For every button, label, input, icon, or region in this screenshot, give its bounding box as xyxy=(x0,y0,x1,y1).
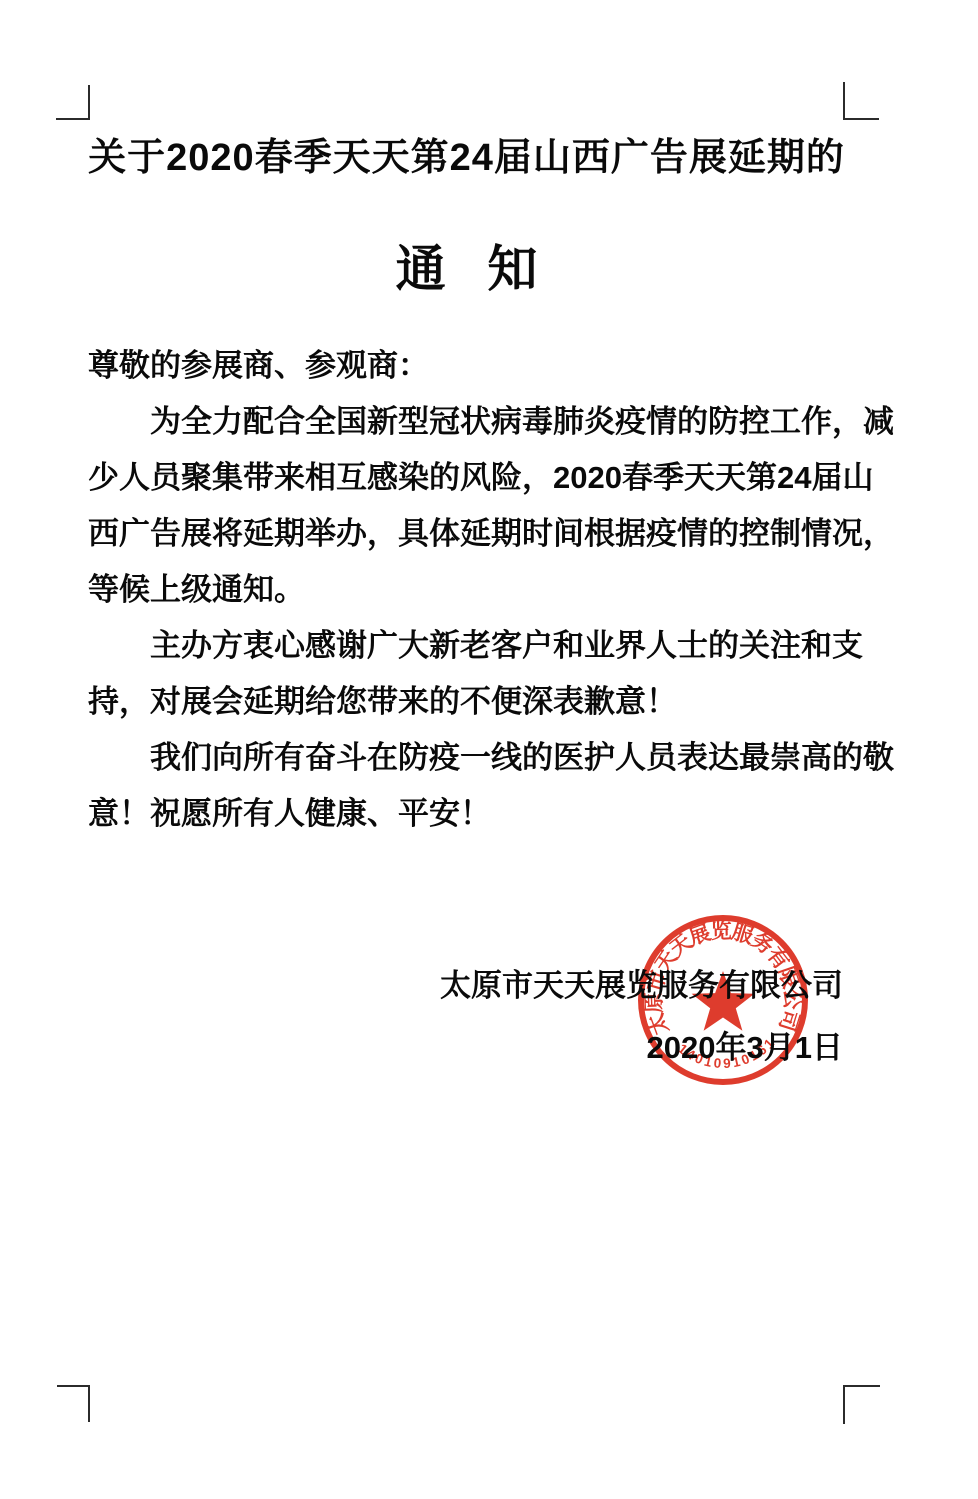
body-line: 西广告展将延期举办，具体延期时间根据疫情的控制情况， xyxy=(88,506,868,562)
notice-body: 尊敬的参展商、参观商： 为全力配合全国新型冠状病毒肺炎疫情的防控工作，减 少人员… xyxy=(88,338,868,842)
body-line: 主办方衷心感谢广大新老客户和业界人士的关注和支 xyxy=(88,618,868,674)
signature-company: 太原市天天展览服务有限公司 xyxy=(440,960,843,1005)
body-line: 意！祝愿所有人健康、平安！ xyxy=(88,786,868,842)
body-line: 为全力配合全国新型冠状病毒肺炎疫情的防控工作，减 xyxy=(88,394,868,450)
notice-heading: 通 知 xyxy=(88,229,845,301)
body-line: 我们向所有奋斗在防疫一线的医护人员表达最崇高的敬 xyxy=(88,730,868,786)
crop-mark-bottom-left xyxy=(57,1385,90,1422)
crop-mark-top-right xyxy=(843,82,879,120)
signature-date: 2020年3月1日 xyxy=(647,1022,843,1067)
body-line: 等候上级通知。 xyxy=(88,562,868,618)
body-line: 少人员聚集带来相互感染的风险，2020春季天天第24届山 xyxy=(88,450,868,506)
body-line: 持，对展会延期给您带来的不便深表歉意！ xyxy=(88,674,868,730)
crop-mark-top-left xyxy=(56,85,90,120)
notice-document: 关于2020春季天天第24届山西广告展延期的 通 知 尊敬的参展商、参观商： 为… xyxy=(0,0,978,1499)
document-title: 关于2020春季天天第24届山西广告展延期的 xyxy=(88,126,845,181)
crop-mark-bottom-right xyxy=(843,1385,880,1424)
salutation: 尊敬的参展商、参观商： xyxy=(88,338,868,394)
